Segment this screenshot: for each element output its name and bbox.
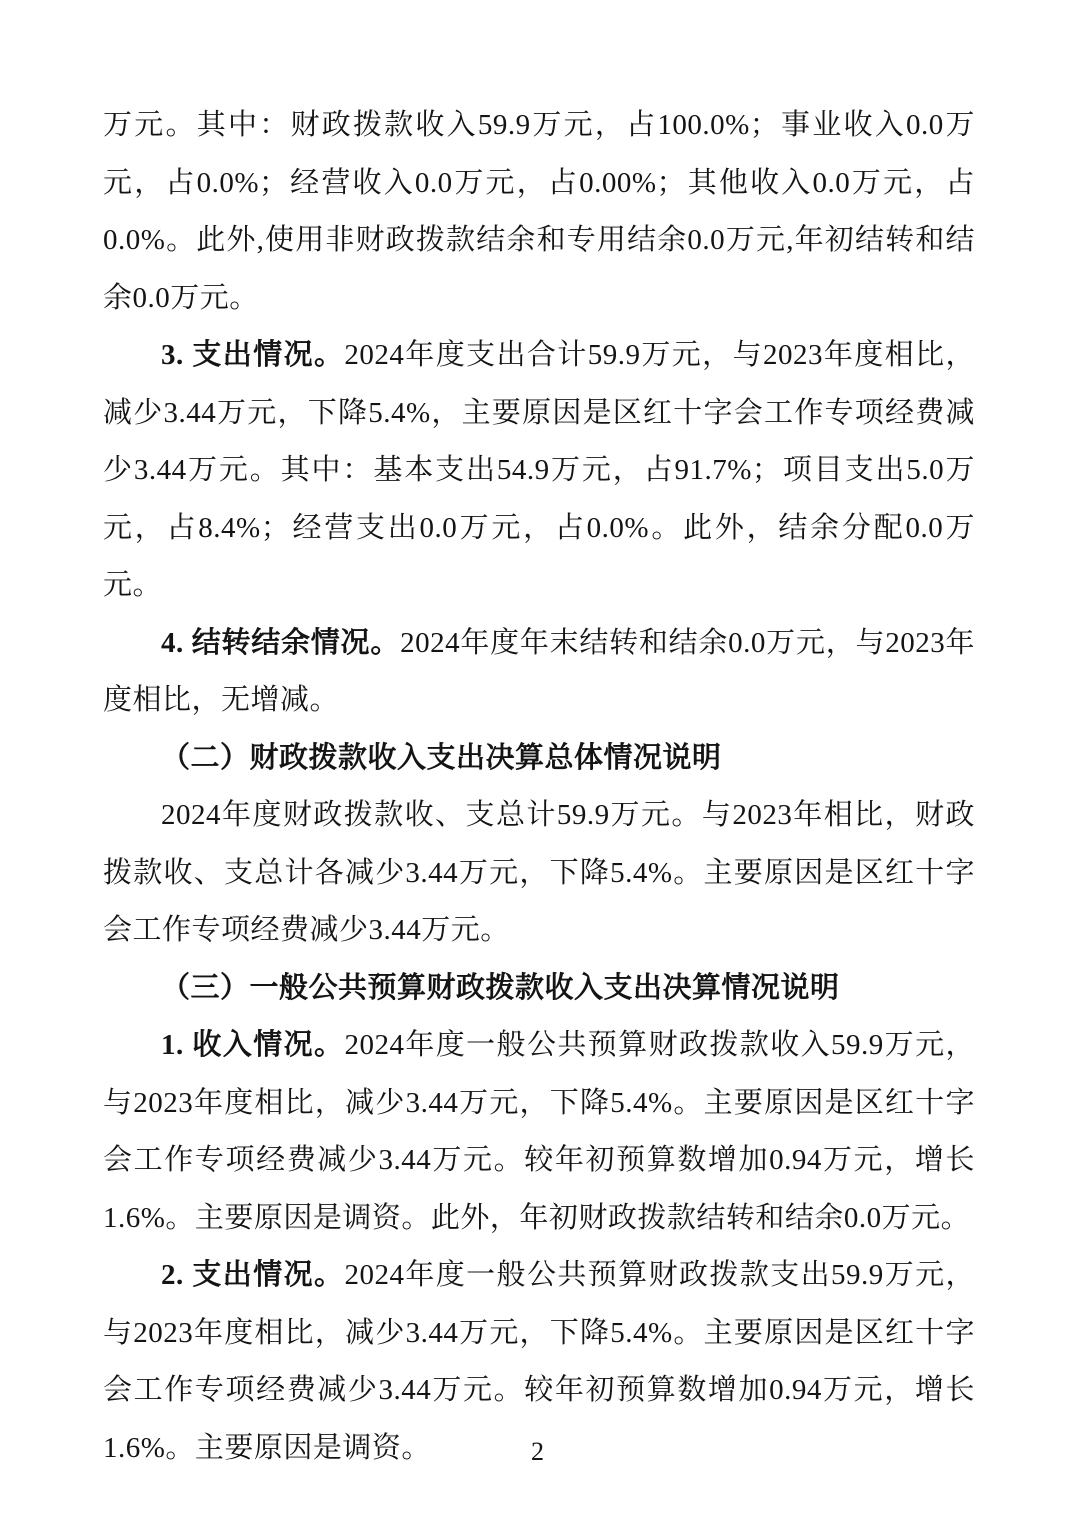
heading-section-three: （三）一般公共预算财政拨款收入支出决算情况说明 (103, 960, 975, 1018)
para-expenditure-overview: 3. 支出情况。2024年度支出合计59.9万元，与2023年度相比，减少3.4… (103, 327, 975, 615)
document-body: 万元。其中：财政拨款收入59.9万元，占100.0%；事业收入0.0万元，占0.… (103, 97, 975, 1477)
heading-section-two: （二）财政拨款收入支出决算总体情况说明 (103, 730, 975, 788)
document-page: 万元。其中：财政拨款收入59.9万元，占100.0%；事业收入0.0万元，占0.… (0, 0, 1075, 1520)
text-run: 万元。其中：财政拨款收入59.9万元，占100.0%；事业收入0.0万元，占0.… (103, 109, 975, 314)
bold-text-run: （二）财政拨款收入支出决算总体情况说明 (161, 742, 722, 774)
bold-text-run: 4. 结转结余情况。 (161, 627, 400, 659)
para-carryover-balance: 4. 结转结余情况。2024年度年末结转和结余0.0万元，与2023年度相比，无… (103, 615, 975, 730)
text-run: 2024年度财政拨款收、支总计59.9万元。与2023年相比，财政拨款收、支总计… (103, 799, 975, 946)
page-number: 2 (0, 1437, 1075, 1467)
para-general-budget-income: 1. 收入情况。2024年度一般公共预算财政拨款收入59.9万元，与2023年度… (103, 1017, 975, 1247)
bold-text-run: 1. 收入情况。 (161, 1029, 344, 1061)
bold-text-run: （三）一般公共预算财政拨款收入支出决算情况说明 (161, 972, 840, 1004)
bold-text-run: 2. 支出情况。 (161, 1259, 344, 1291)
para-fiscal-appropriation-total: 2024年度财政拨款收、支总计59.9万元。与2023年相比，财政拨款收、支总计… (103, 787, 975, 960)
para-income-breakdown: 万元。其中：财政拨款收入59.9万元，占100.0%；事业收入0.0万元，占0.… (103, 97, 975, 327)
bold-text-run: 3. 支出情况。 (161, 339, 344, 371)
text-run: 2024年度支出合计59.9万元，与2023年度相比，减少3.44万元，下降5.… (103, 339, 975, 601)
